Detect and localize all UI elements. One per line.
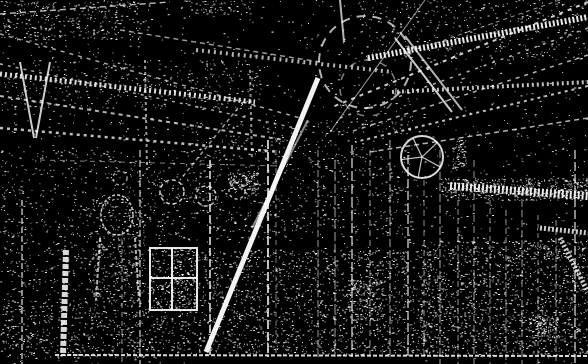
bottom-black-bar: [185, 357, 425, 364]
photo-background: [0, 0, 588, 364]
photo-canvas: [0, 0, 588, 364]
factory-interior-photo: [0, 0, 588, 364]
